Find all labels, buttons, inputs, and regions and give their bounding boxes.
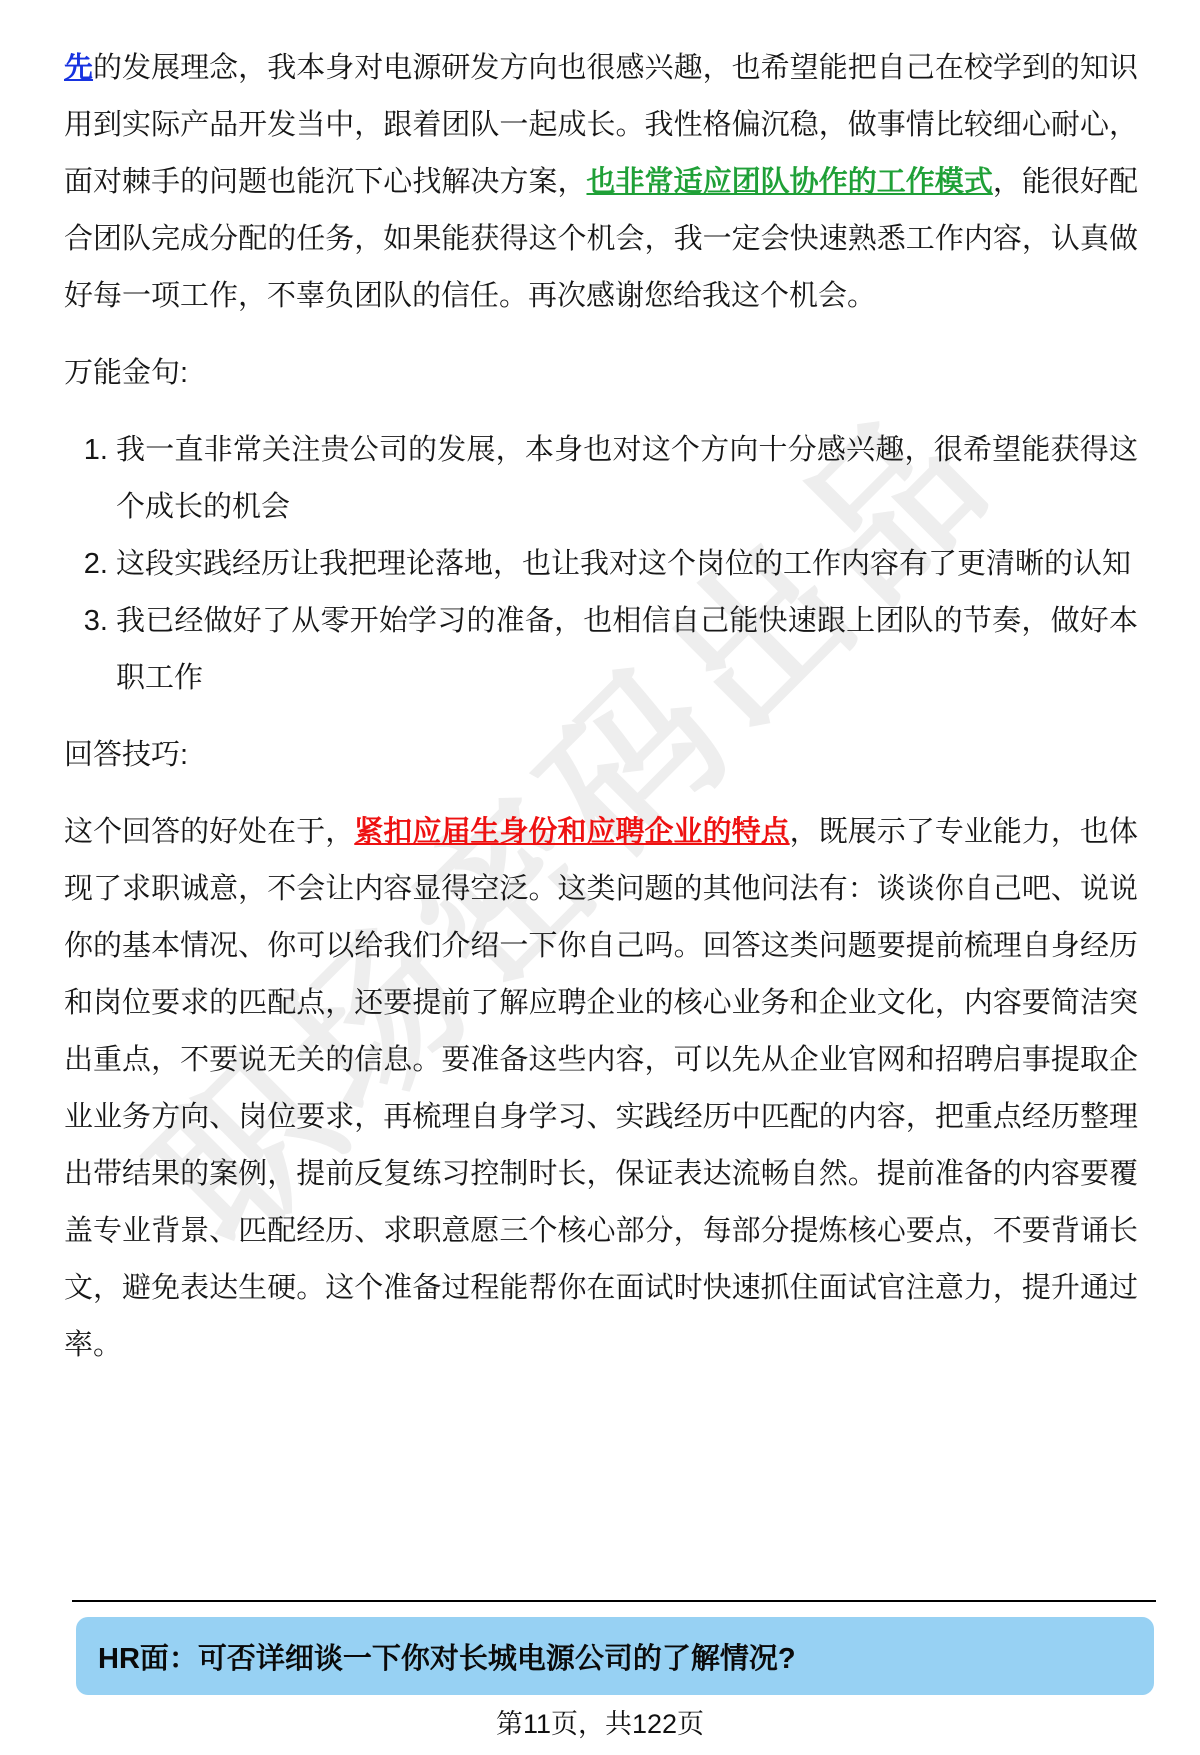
list-item: 我一直非常关注贵公司的发展，本身也对这个方向十分感兴趣，很希望能获得这个成长的机…: [116, 422, 1138, 536]
paragraph-text: ，既展示了专业能力，也体现了求职诚意，不会让内容显得空泛。这类问题的其他问法有：…: [64, 816, 1138, 1361]
green-highlight-text: 也非常适应团队协作的工作模式: [586, 166, 992, 198]
paragraph-text: 这个回答的好处在于，: [64, 816, 354, 848]
golden-phrases-list: 我一直非常关注贵公司的发展，本身也对这个方向十分感兴趣，很希望能获得这个成长的机…: [64, 422, 1138, 707]
hr-question-text: HR面：可否详细谈一下你对长城电源公司的了解情况?: [98, 1636, 796, 1677]
section-divider: [72, 1600, 1156, 1602]
list-item: 这段实践经历让我把理论落地，也让我对这个岗位的工作内容有了更清晰的认知: [116, 536, 1138, 593]
answer-paragraph: 先的发展理念，我本身对电源研发方向也很感兴趣，也希望能把自己在校学到的知识用到实…: [64, 40, 1138, 325]
golden-phrases-heading: 万能金句:: [64, 345, 1138, 402]
answer-tips-heading: 回答技巧:: [64, 727, 1138, 784]
page-number-indicator: 第11页，共122页: [0, 1702, 1200, 1741]
list-item: 我已经做好了从零开始学习的准备，也相信自己能快速跟上团队的节奏，做好本职工作: [116, 593, 1138, 707]
inline-link[interactable]: 先: [64, 52, 93, 84]
tips-paragraph: 这个回答的好处在于，紧扣应届生身份和应聘企业的特点，既展示了专业能力，也体现了求…: [64, 804, 1138, 1374]
document-body: 先的发展理念，我本身对电源研发方向也很感兴趣，也希望能把自己在校学到的知识用到实…: [64, 40, 1138, 1394]
document-page: 职场密码出品 先的发展理念，我本身对电源研发方向也很感兴趣，也希望能把自己在校学…: [0, 0, 1200, 1755]
hr-question-box: HR面：可否详细谈一下你对长城电源公司的了解情况?: [76, 1617, 1154, 1695]
red-highlight-text: 紧扣应届生身份和应聘企业的特点: [354, 816, 789, 848]
